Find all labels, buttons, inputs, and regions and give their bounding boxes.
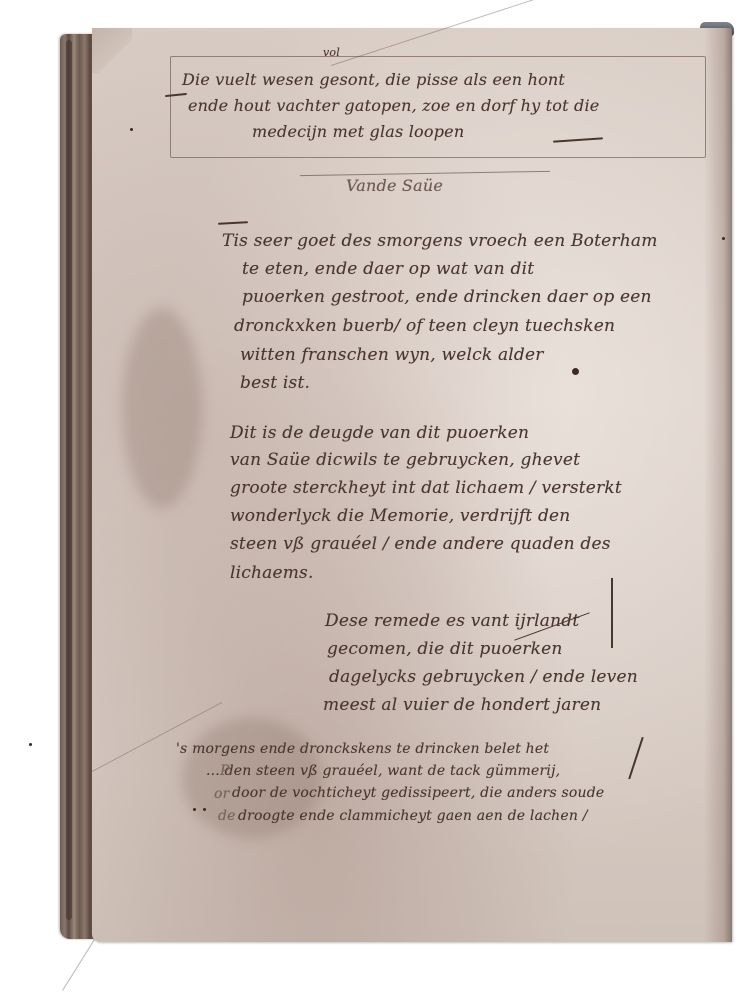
- text-line: dagelycks gebruycken / ende leven: [329, 664, 638, 691]
- text-line: best ist.: [240, 370, 310, 397]
- text-line: te eten, ende daer op wat van dit: [242, 256, 534, 283]
- margin-mark: de: [218, 807, 236, 826]
- speck: [29, 743, 32, 746]
- text-line: meest al vuier de hondert jaren: [323, 692, 601, 719]
- text-line: droogte ende clammicheyt gaen aen de lac…: [238, 807, 588, 826]
- text-line: ... den steen vß grauéel, want de tack g…: [206, 762, 560, 781]
- note-line: medecijn met glas loopen: [252, 122, 464, 141]
- text-line: Tis seer goet des smorgens vroech een Bo…: [222, 228, 658, 255]
- speck: [193, 808, 196, 811]
- text-line: dronckxken buerb/ of teen cleyn tuechske…: [234, 313, 615, 340]
- text-line: Dit is de deugde van dit puoerken: [230, 420, 529, 447]
- pen-stroke: [611, 578, 613, 648]
- book-spine-shadow: [66, 40, 72, 920]
- note-superscript: vol: [323, 46, 340, 59]
- section-heading: Vande Saüe: [346, 176, 443, 195]
- margin-mark: P: [220, 762, 230, 781]
- note-line: Die vuelt wesen gesont, die pisse als ee…: [182, 70, 565, 89]
- stain-smudge: [122, 308, 202, 508]
- text-line: gecomen, die dit puoerken: [327, 636, 563, 663]
- speck: [203, 808, 206, 811]
- text-line: lichaems.: [230, 560, 314, 587]
- text-line: puoerken gestroot, ende drincken daer op…: [242, 284, 652, 311]
- text-line: wonderlyck die Memorie, verdrijft den: [230, 503, 570, 530]
- ink-blot: [572, 368, 579, 375]
- page-corner-fold-top: [92, 28, 132, 73]
- text-line: van Saüe dicwils te gebruycken, ghevet: [230, 447, 580, 474]
- stray-line: [62, 939, 95, 990]
- margin-mark: or: [214, 785, 230, 804]
- manuscript-photo: vol Die vuelt wesen gesont, die pisse al…: [0, 0, 738, 1000]
- page-edge-shading: [704, 28, 732, 942]
- speck: [130, 128, 133, 131]
- text-line: door de vochticheyt gedissipeert, die an…: [232, 784, 604, 803]
- text-line: 's morgens ende dronckskens te drincken …: [176, 740, 549, 759]
- speck: [722, 237, 725, 240]
- text-line: groote sterckheyt int dat lichaem / vers…: [230, 475, 622, 502]
- text-line: witten franschen wyn, welck alder: [240, 342, 544, 369]
- text-line: steen vß grauéel / ende andere quaden de…: [230, 531, 611, 558]
- note-line: ende hout vachter gatopen, zoe en dorf h…: [188, 96, 599, 115]
